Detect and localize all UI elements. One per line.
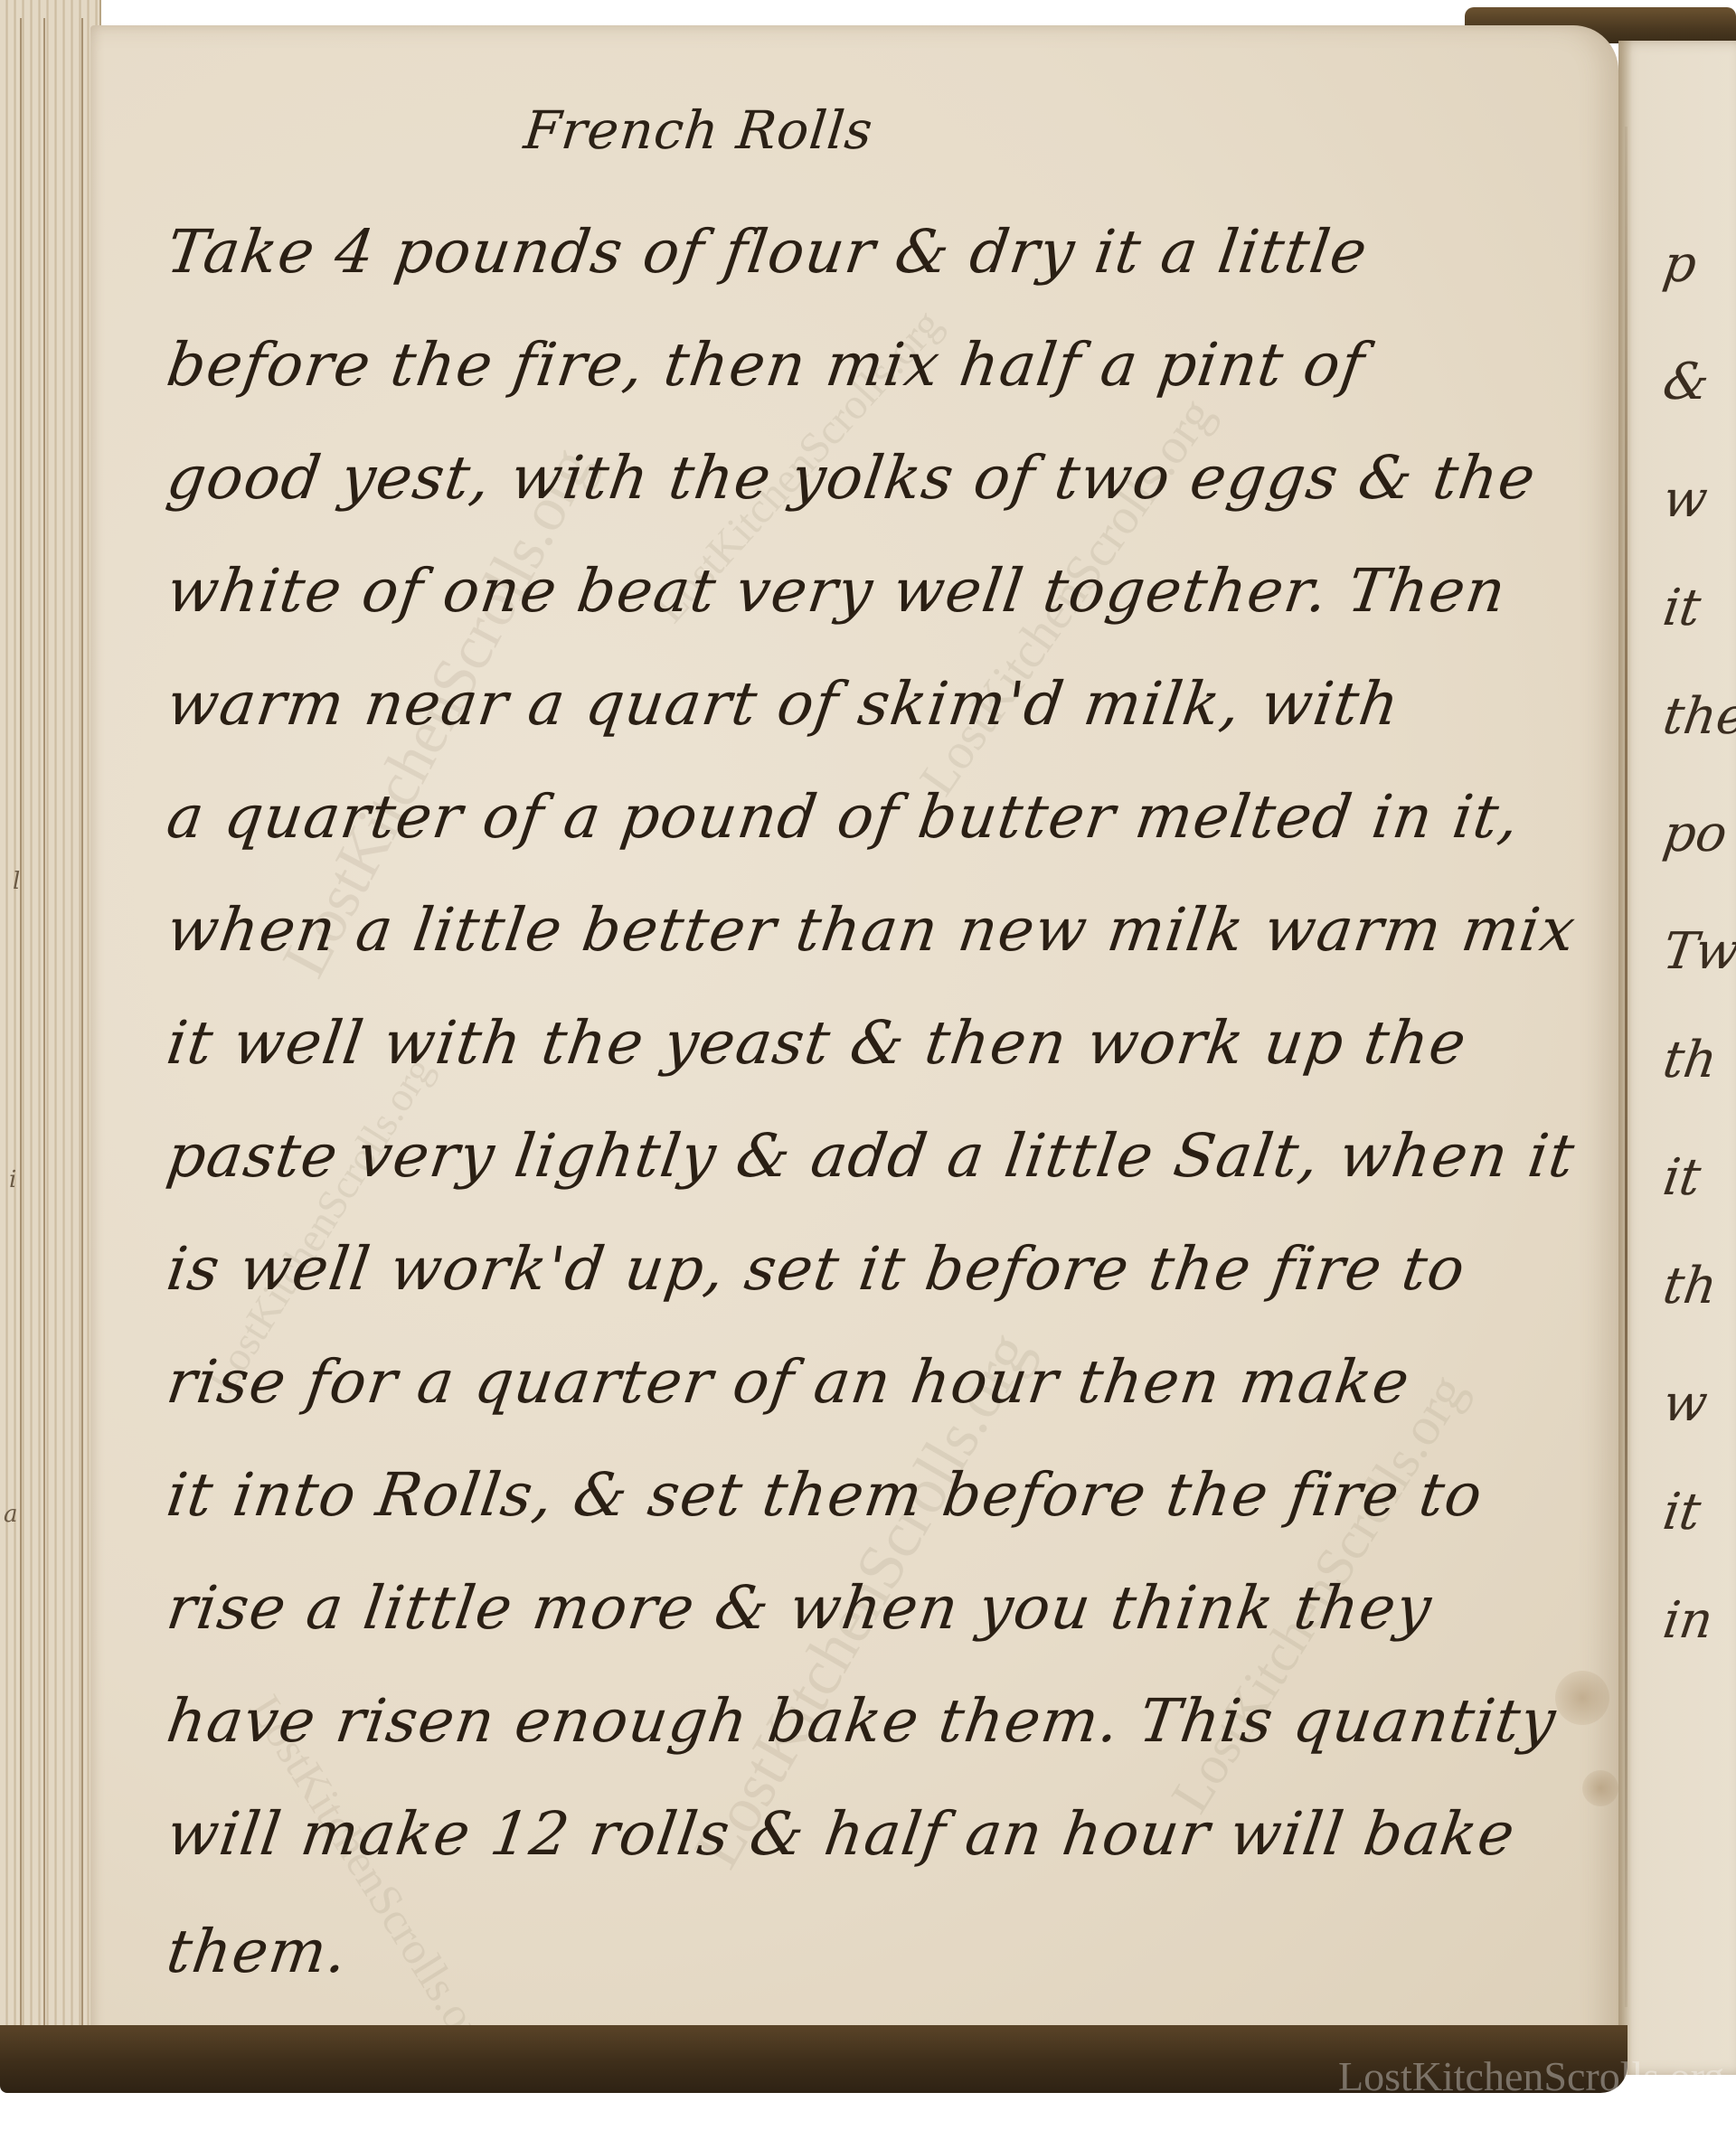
- page-edge-line: [81, 18, 83, 2061]
- recipe-line: warm near a quart of skim'd milk, with: [163, 669, 1404, 739]
- paper-stain: [1555, 1671, 1609, 1725]
- recipe-line: a quarter of a pound of butter melted in…: [163, 782, 1524, 852]
- recipe-line: when a little better than new milk warm …: [163, 895, 1580, 965]
- recipe-line: will make 12 rolls & half an hour will b…: [163, 1799, 1520, 1869]
- book-photo: l i a LostKitchenScrolls.org LostKitchen…: [0, 0, 1736, 2149]
- recipe-title: French Rolls: [521, 99, 876, 161]
- page-edge-line: [43, 18, 45, 2061]
- text-fragment: w: [1659, 1374, 1711, 1433]
- left-page-stack: l i a: [0, 0, 101, 2079]
- text-fragment: in: [1659, 1591, 1716, 1650]
- page-gutter: [1625, 127, 1627, 2007]
- margin-mark: l: [13, 868, 20, 895]
- recipe-line: Take 4 pounds of flour & dry it a little: [163, 217, 1373, 287]
- recipe-line: have risen enough bake them. This quanti…: [163, 1686, 1561, 1756]
- paper-stain: [1582, 1770, 1618, 1806]
- recipe-line: before the fire, then mix half a pint of: [163, 330, 1370, 400]
- page-edge-line: [20, 18, 22, 2061]
- text-fragment: th: [1659, 1031, 1721, 1089]
- recipe-line: it well with the yeast & then work up th…: [163, 1008, 1471, 1078]
- recipe-line: rise a little more & when you think they: [163, 1573, 1437, 1643]
- recipe-line: good yest, with the yolks of two eggs & …: [163, 443, 1541, 513]
- margin-mark: i: [9, 1166, 16, 1193]
- recipe-line: is well work'd up, set it before the fir…: [163, 1234, 1470, 1304]
- text-fragment: po: [1659, 805, 1731, 863]
- recipe-line: it into Rolls, & set them before the fir…: [163, 1460, 1487, 1530]
- text-fragment: the: [1659, 687, 1736, 746]
- margin-mark: a: [4, 1501, 18, 1528]
- text-fragment: &: [1659, 353, 1712, 411]
- corner-watermark: LostKitchenScrolls.org: [1338, 2052, 1724, 2100]
- recipe-line: them.: [163, 1917, 353, 1986]
- recipe-line: rise for a quarter of an hour then make: [163, 1347, 1414, 1417]
- text-fragment: w: [1659, 470, 1711, 529]
- text-fragment: Tw: [1659, 922, 1736, 981]
- recipe-line: paste very lightly & add a little Salt, …: [163, 1121, 1580, 1191]
- text-fragment: th: [1659, 1257, 1721, 1315]
- recipe-line: white of one beat very well together. Th…: [163, 556, 1511, 626]
